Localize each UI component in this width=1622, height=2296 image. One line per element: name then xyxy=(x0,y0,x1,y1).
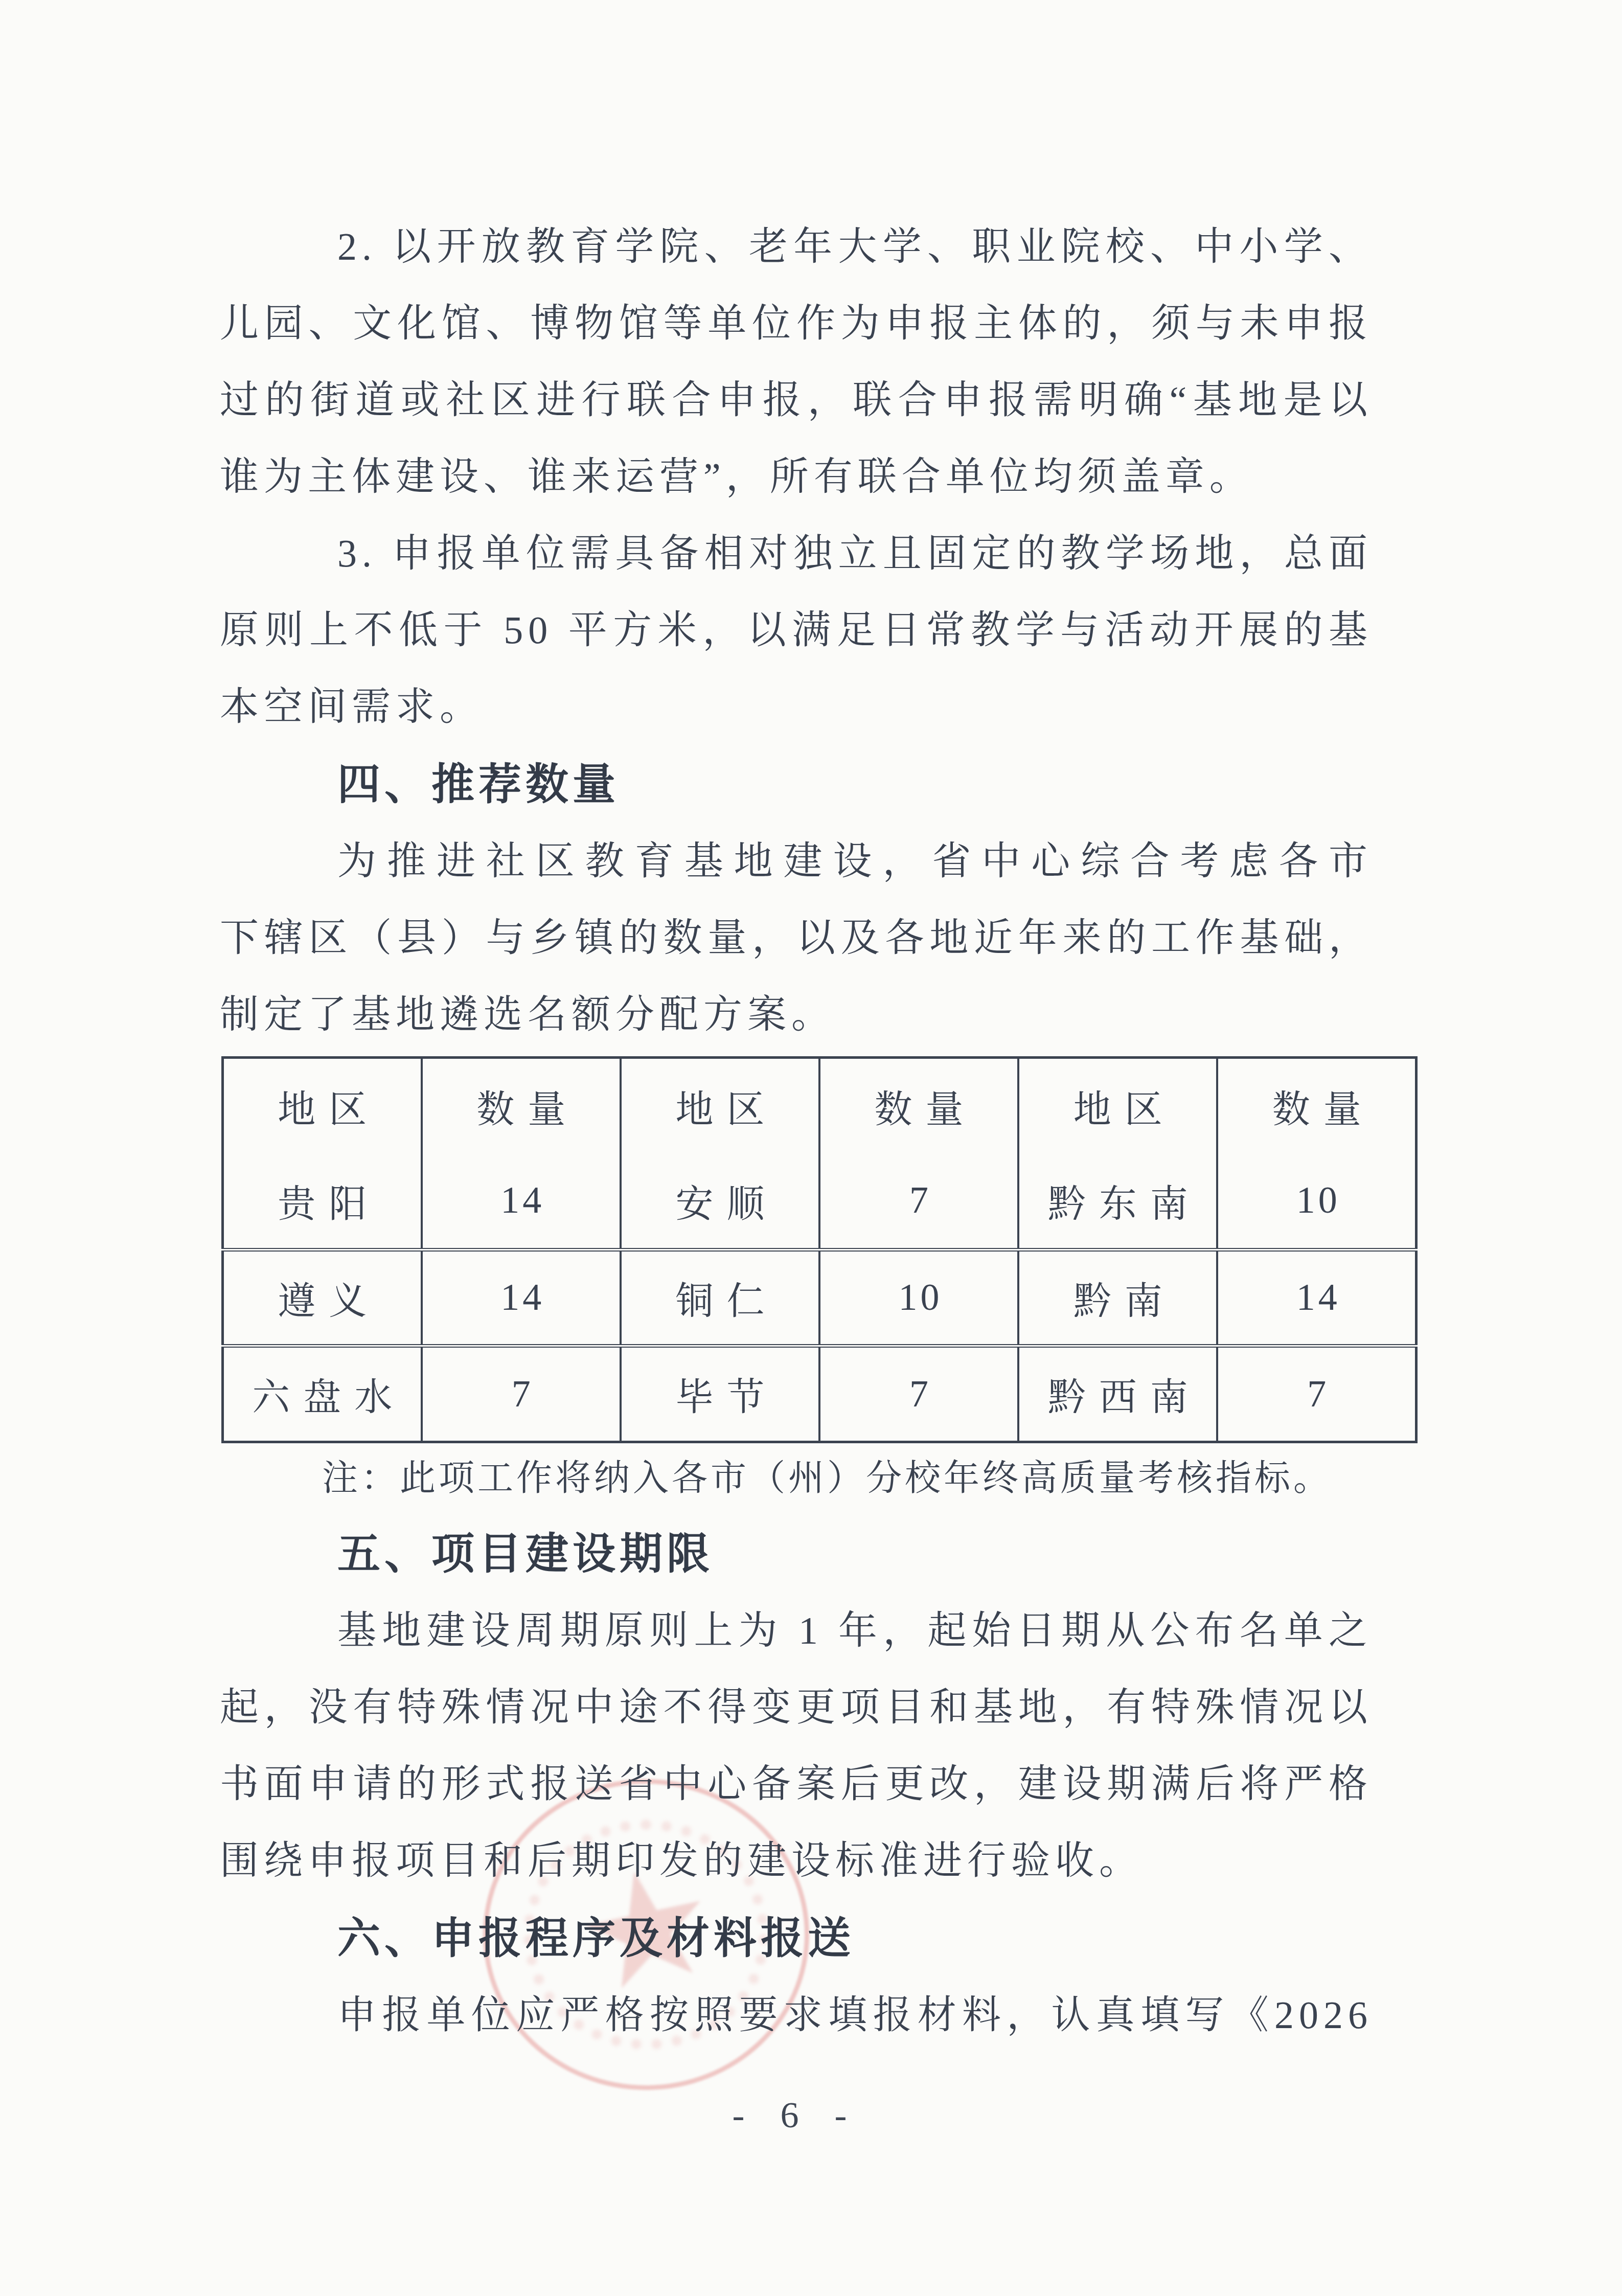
document-content: 2. 以开放教育学院、老年大学、职业院校、中小学、幼 儿园、文化馆、博物馆等单位… xyxy=(220,209,1373,2141)
count-cell: 14 xyxy=(422,1154,621,1250)
region-cell: 黔西南 xyxy=(1018,1346,1217,1442)
region-cell: 毕节 xyxy=(621,1346,819,1442)
count-cell: 10 xyxy=(1217,1154,1416,1250)
count-cell: 14 xyxy=(422,1250,621,1346)
region-cell: 黔东南 xyxy=(1018,1154,1217,1250)
region-cell: 遵义 xyxy=(223,1250,422,1346)
body-line: 下辖区（县）与乡镇的数量，以及各地近年来的工作基础， xyxy=(220,900,1373,976)
count-cell: 14 xyxy=(1217,1250,1416,1346)
note-line: 注：此项工作将纳入各市（州）分校年终高质量考核指标。 xyxy=(220,1443,1373,1515)
table-row: 六盘水 7 毕节 7 黔西南 7 xyxy=(223,1346,1417,1442)
region-cell: 黔南 xyxy=(1018,1250,1217,1346)
document-page: ★ 2. 以开放教育学院、老年大学、职业院校、中小学、幼 儿园、文化馆、博物馆等… xyxy=(0,0,1622,2296)
body-line: 制定了基地遴选名额分配方案。 xyxy=(220,976,1373,1053)
section-heading-5: 五、项目建设期限 xyxy=(220,1515,1373,1593)
body-line: 起，没有特殊情况中途不得变更项目和基地，有特殊情况以 xyxy=(220,1669,1373,1746)
quota-table: 地区 数量 地区 数量 地区 数量 贵阳 14 安顺 7 黔东南 10 xyxy=(221,1056,1418,1443)
region-cell: 贵阳 xyxy=(223,1154,422,1250)
body-line: 基地建设周期原则上为 1 年，起始日期从公布名单之日 xyxy=(220,1593,1373,1669)
count-cell: 10 xyxy=(819,1250,1018,1346)
body-line: 谁为主体建设、谁来运营”，所有联合单位均须盖章。 xyxy=(220,439,1373,515)
section-heading-6: 六、申报程序及材料报送 xyxy=(220,1899,1373,1977)
region-cell: 安顺 xyxy=(621,1154,819,1250)
body-line: 本空间需求。 xyxy=(220,669,1373,745)
body-line: 申报单位应严格按照要求填报材料，认真填写《2026 年 xyxy=(220,1977,1373,2054)
count-cell: 7 xyxy=(819,1346,1018,1442)
region-cell: 六盘水 xyxy=(223,1346,422,1442)
body-line: 儿园、文化馆、博物馆等单位作为申报主体的，须与未申报 xyxy=(220,285,1373,362)
table-header-cell: 地区 xyxy=(223,1058,422,1154)
section-heading-4: 四、推荐数量 xyxy=(220,745,1373,823)
table-header-cell: 地区 xyxy=(1018,1058,1217,1154)
body-line: 原则上不低于 50 平方米，以满足日常教学与活动开展的基 xyxy=(220,592,1373,669)
table-header-cell: 数量 xyxy=(819,1058,1018,1154)
body-line: 2. 以开放教育学院、老年大学、职业院校、中小学、幼 xyxy=(220,209,1373,285)
table-row: 贵阳 14 安顺 7 黔东南 10 xyxy=(223,1154,1417,1250)
body-line: 过的街道或社区进行联合申报，联合申报需明确“基地是以 xyxy=(220,362,1373,439)
body-line: 书面申请的形式报送省中心备案后更改，建设期满后将严格 xyxy=(220,1746,1373,1823)
table-header-cell: 数量 xyxy=(1217,1058,1416,1154)
table-header-row: 地区 数量 地区 数量 地区 数量 xyxy=(223,1058,1417,1154)
count-cell: 7 xyxy=(819,1154,1018,1250)
table-header-cell: 地区 xyxy=(621,1058,819,1154)
count-cell: 7 xyxy=(1217,1346,1416,1442)
body-line: 围绕申报项目和后期印发的建设标准进行验收。 xyxy=(220,1823,1373,1899)
body-line: 3. 申报单位需具备相对独立且固定的教学场地，总面积 xyxy=(220,515,1373,592)
table-row: 遵义 14 铜仁 10 黔南 14 xyxy=(223,1250,1417,1346)
body-line: 为推进社区教育基地建设，省中心综合考虑各市（州） xyxy=(220,823,1373,900)
count-cell: 7 xyxy=(422,1346,621,1442)
region-cell: 铜仁 xyxy=(621,1250,819,1346)
table-header-cell: 数量 xyxy=(422,1058,621,1154)
page-number: - 6 - xyxy=(220,2089,1373,2141)
